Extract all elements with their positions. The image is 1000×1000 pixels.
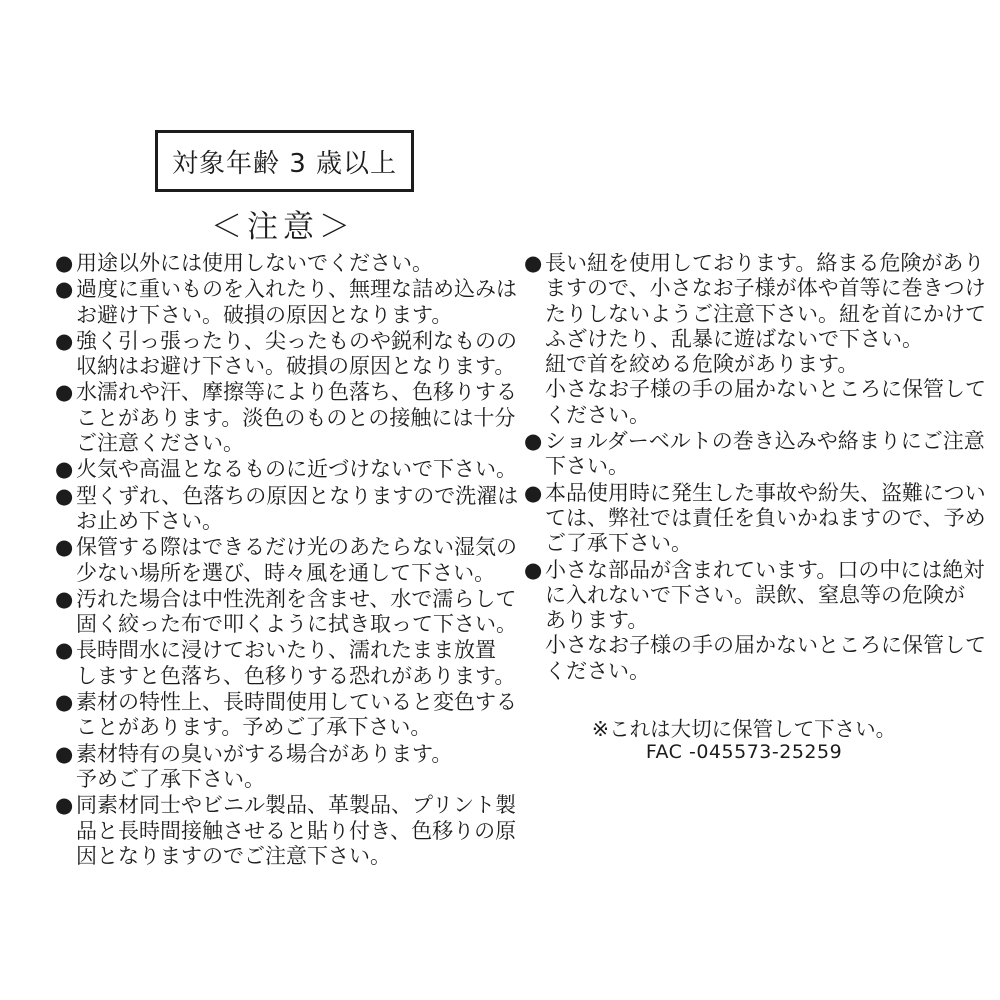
notice-line: ご了承下さい。	[524, 531, 979, 556]
notice-item: ●小さな部品が含まれています。口の中には絶対に入れないで下さい。誤飲、窒息等の危…	[524, 558, 979, 684]
notice-line-first: ●ショルダーベルトの巻き込みや絡まりにご注意	[524, 429, 979, 454]
notice-line: に入れないで下さい。誤飲、窒息等の危険が	[524, 583, 979, 608]
bullet-icon: ●	[55, 690, 76, 715]
notice-item: ●ショルダーベルトの巻き込みや絡まりにご注意下さい。	[524, 429, 979, 480]
notice-line-first: ●素材特有の臭いがする場合があります。	[55, 742, 505, 767]
notice-line: 品と長時間接触させると貼り付き、色移りの原	[55, 819, 505, 844]
bullet-icon: ●	[55, 638, 76, 663]
notice-item: ●強く引っ張ったり、尖ったものや鋭利なものの収納はお避け下さい。破損の原因となり…	[55, 329, 505, 380]
notice-line: 下さい。	[524, 454, 979, 479]
notice-line: お避け下さい。破損の原因となります。	[55, 303, 505, 328]
bullet-icon: ●	[55, 457, 76, 482]
notice-item: ●用途以外には使用しないでください。	[55, 251, 505, 276]
notice-line: ください。	[524, 659, 979, 684]
product-code: FAC -045573-25259	[524, 741, 964, 763]
notice-line: しますと色落ち、色移りする恐れがあります。	[55, 664, 505, 689]
notice-line-first: ●水濡れや汗、摩擦等により色落ち、色移りする	[55, 380, 505, 405]
keep-this-note: ※これは大切に保管して下さい。	[524, 712, 964, 742]
notice-line: 少ない場所を選び、時々風を通して下さい。	[55, 561, 505, 586]
notice-line: たりしないようご注意下さい。紐を首にかけて	[524, 302, 979, 327]
bullet-icon: ●	[55, 742, 76, 767]
bullet-icon: ●	[524, 429, 545, 454]
notice-item: ●素材の特性上、長時間使用していると変色することがあります。予めご了承下さい。	[55, 690, 505, 741]
notice-line-first: ●同素材同士やビニル製品、革製品、プリント製	[55, 793, 505, 818]
notice-line: ことがあります。淡色のものとの接触には十分	[55, 406, 505, 431]
notice-line-first: ●素材の特性上、長時間使用していると変色する	[55, 690, 505, 715]
notice-line-first: ●小さな部品が含まれています。口の中には絶対	[524, 558, 979, 583]
notice-item: ●同素材同士やビニル製品、革製品、プリント製品と長時間接触させると貼り付き、色移…	[55, 793, 505, 869]
notice-item: ●型くずれ、色落ちの原因となりますので洗濯はお止め下さい。	[55, 484, 505, 535]
bullet-icon: ●	[524, 481, 545, 506]
bullet-icon: ●	[55, 251, 76, 276]
notice-line-first: ●火気や高温となるものに近づけないで下さい。	[55, 457, 505, 482]
notice-line: 収納はお避け下さい。破損の原因となります。	[55, 354, 505, 379]
age-restriction-box: 対象年齢 3 歳以上	[155, 130, 414, 192]
notice-line-first: ●保管する際はできるだけ光のあたらない湿気の	[55, 535, 505, 560]
caution-list-right: ●長い紐を使用しております。絡まる危険がありますので、小さなお子様が体や首等に巻…	[524, 251, 979, 684]
caution-notice-page: 対象年齢 3 歳以上 ＜注意＞ ●用途以外には使用しないでください。 ●過度に重…	[0, 0, 1000, 1000]
bullet-icon: ●	[55, 380, 76, 405]
age-restriction-label: 対象年齢 3 歳以上	[172, 143, 397, 180]
notice-item: ●本品使用時に発生した事故や紛失、盗難については、弊社では責任を負いかねますので…	[524, 481, 979, 557]
bullet-icon: ●	[55, 277, 76, 302]
bullet-icon: ●	[55, 484, 76, 509]
notice-line-first: ●用途以外には使用しないでください。	[55, 251, 505, 276]
notice-item: ●素材特有の臭いがする場合があります。予めご了承下さい。	[55, 742, 505, 793]
notice-line: ますので、小さなお子様が体や首等に巻きつけ	[524, 276, 979, 301]
notice-item: ●保管する際はできるだけ光のあたらない湿気の少ない場所を選び、時々風を通して下さ…	[55, 535, 505, 586]
notice-item: ●汚れた場合は中性洗剤を含ませ、水で濡らして固く絞った布で叩くように拭き取って下…	[55, 587, 505, 638]
notice-line: 予めご了承下さい。	[55, 767, 505, 792]
notice-item: ●長時間水に浸けておいたり、濡れたまま放置しますと色落ち、色移りする恐れがありま…	[55, 638, 505, 689]
notice-line-first: ●本品使用時に発生した事故や紛失、盗難につい	[524, 481, 979, 506]
notice-line: お止め下さい。	[55, 509, 505, 534]
notice-line: あります。	[524, 608, 979, 633]
notice-line: ふざけたり、乱暴に遊ばないで下さい。	[524, 327, 979, 352]
notice-line-first: ●型くずれ、色落ちの原因となりますので洗濯は	[55, 484, 505, 509]
caution-list-left: ●用途以外には使用しないでください。 ●過度に重いものを入れたり、無理な詰め込み…	[55, 251, 505, 869]
notice-line: 固く絞った布で叩くように拭き取って下さい。	[55, 612, 505, 637]
notice-line: 小さなお子様の手の届かないところに保管して	[524, 633, 979, 658]
notice-line-first: ●過度に重いものを入れたり、無理な詰め込みは	[55, 277, 505, 302]
notice-line-first: ●汚れた場合は中性洗剤を含ませ、水で濡らして	[55, 587, 505, 612]
bullet-icon: ●	[55, 793, 76, 818]
bullet-icon: ●	[55, 329, 76, 354]
notice-line: 因となりますのでご注意下さい。	[55, 844, 505, 869]
notice-line: ては、弊社では責任を負いかねますので、予め	[524, 506, 979, 531]
notice-line: ことがあります。予めご了承下さい。	[55, 715, 505, 740]
notice-line-first: ●長い紐を使用しております。絡まる危険があり	[524, 251, 979, 276]
notice-item: ●火気や高温となるものに近づけないで下さい。	[55, 457, 505, 482]
bullet-icon: ●	[524, 251, 545, 276]
bullet-icon: ●	[55, 535, 76, 560]
notice-line-first: ●長時間水に浸けておいたり、濡れたまま放置	[55, 638, 505, 663]
notice-line-first: ●強く引っ張ったり、尖ったものや鋭利なものの	[55, 329, 505, 354]
bullet-icon: ●	[55, 587, 76, 612]
notice-line: 紐で首を絞める危険があります。	[524, 352, 979, 377]
notice-line: ください。	[524, 403, 979, 428]
notice-item: ●過度に重いものを入れたり、無理な詰め込みはお避け下さい。破損の原因となります。	[55, 277, 505, 328]
notice-line: 小さなお子様の手の届かないところに保管して	[524, 377, 979, 402]
notice-item: ●長い紐を使用しております。絡まる危険がありますので、小さなお子様が体や首等に巻…	[524, 251, 979, 428]
notice-item: ●水濡れや汗、摩擦等により色落ち、色移りすることがあります。淡色のものとの接触に…	[55, 380, 505, 456]
page-title: ＜注意＞	[148, 201, 418, 246]
notice-line: ご注意ください。	[55, 431, 505, 456]
bullet-icon: ●	[524, 558, 545, 583]
